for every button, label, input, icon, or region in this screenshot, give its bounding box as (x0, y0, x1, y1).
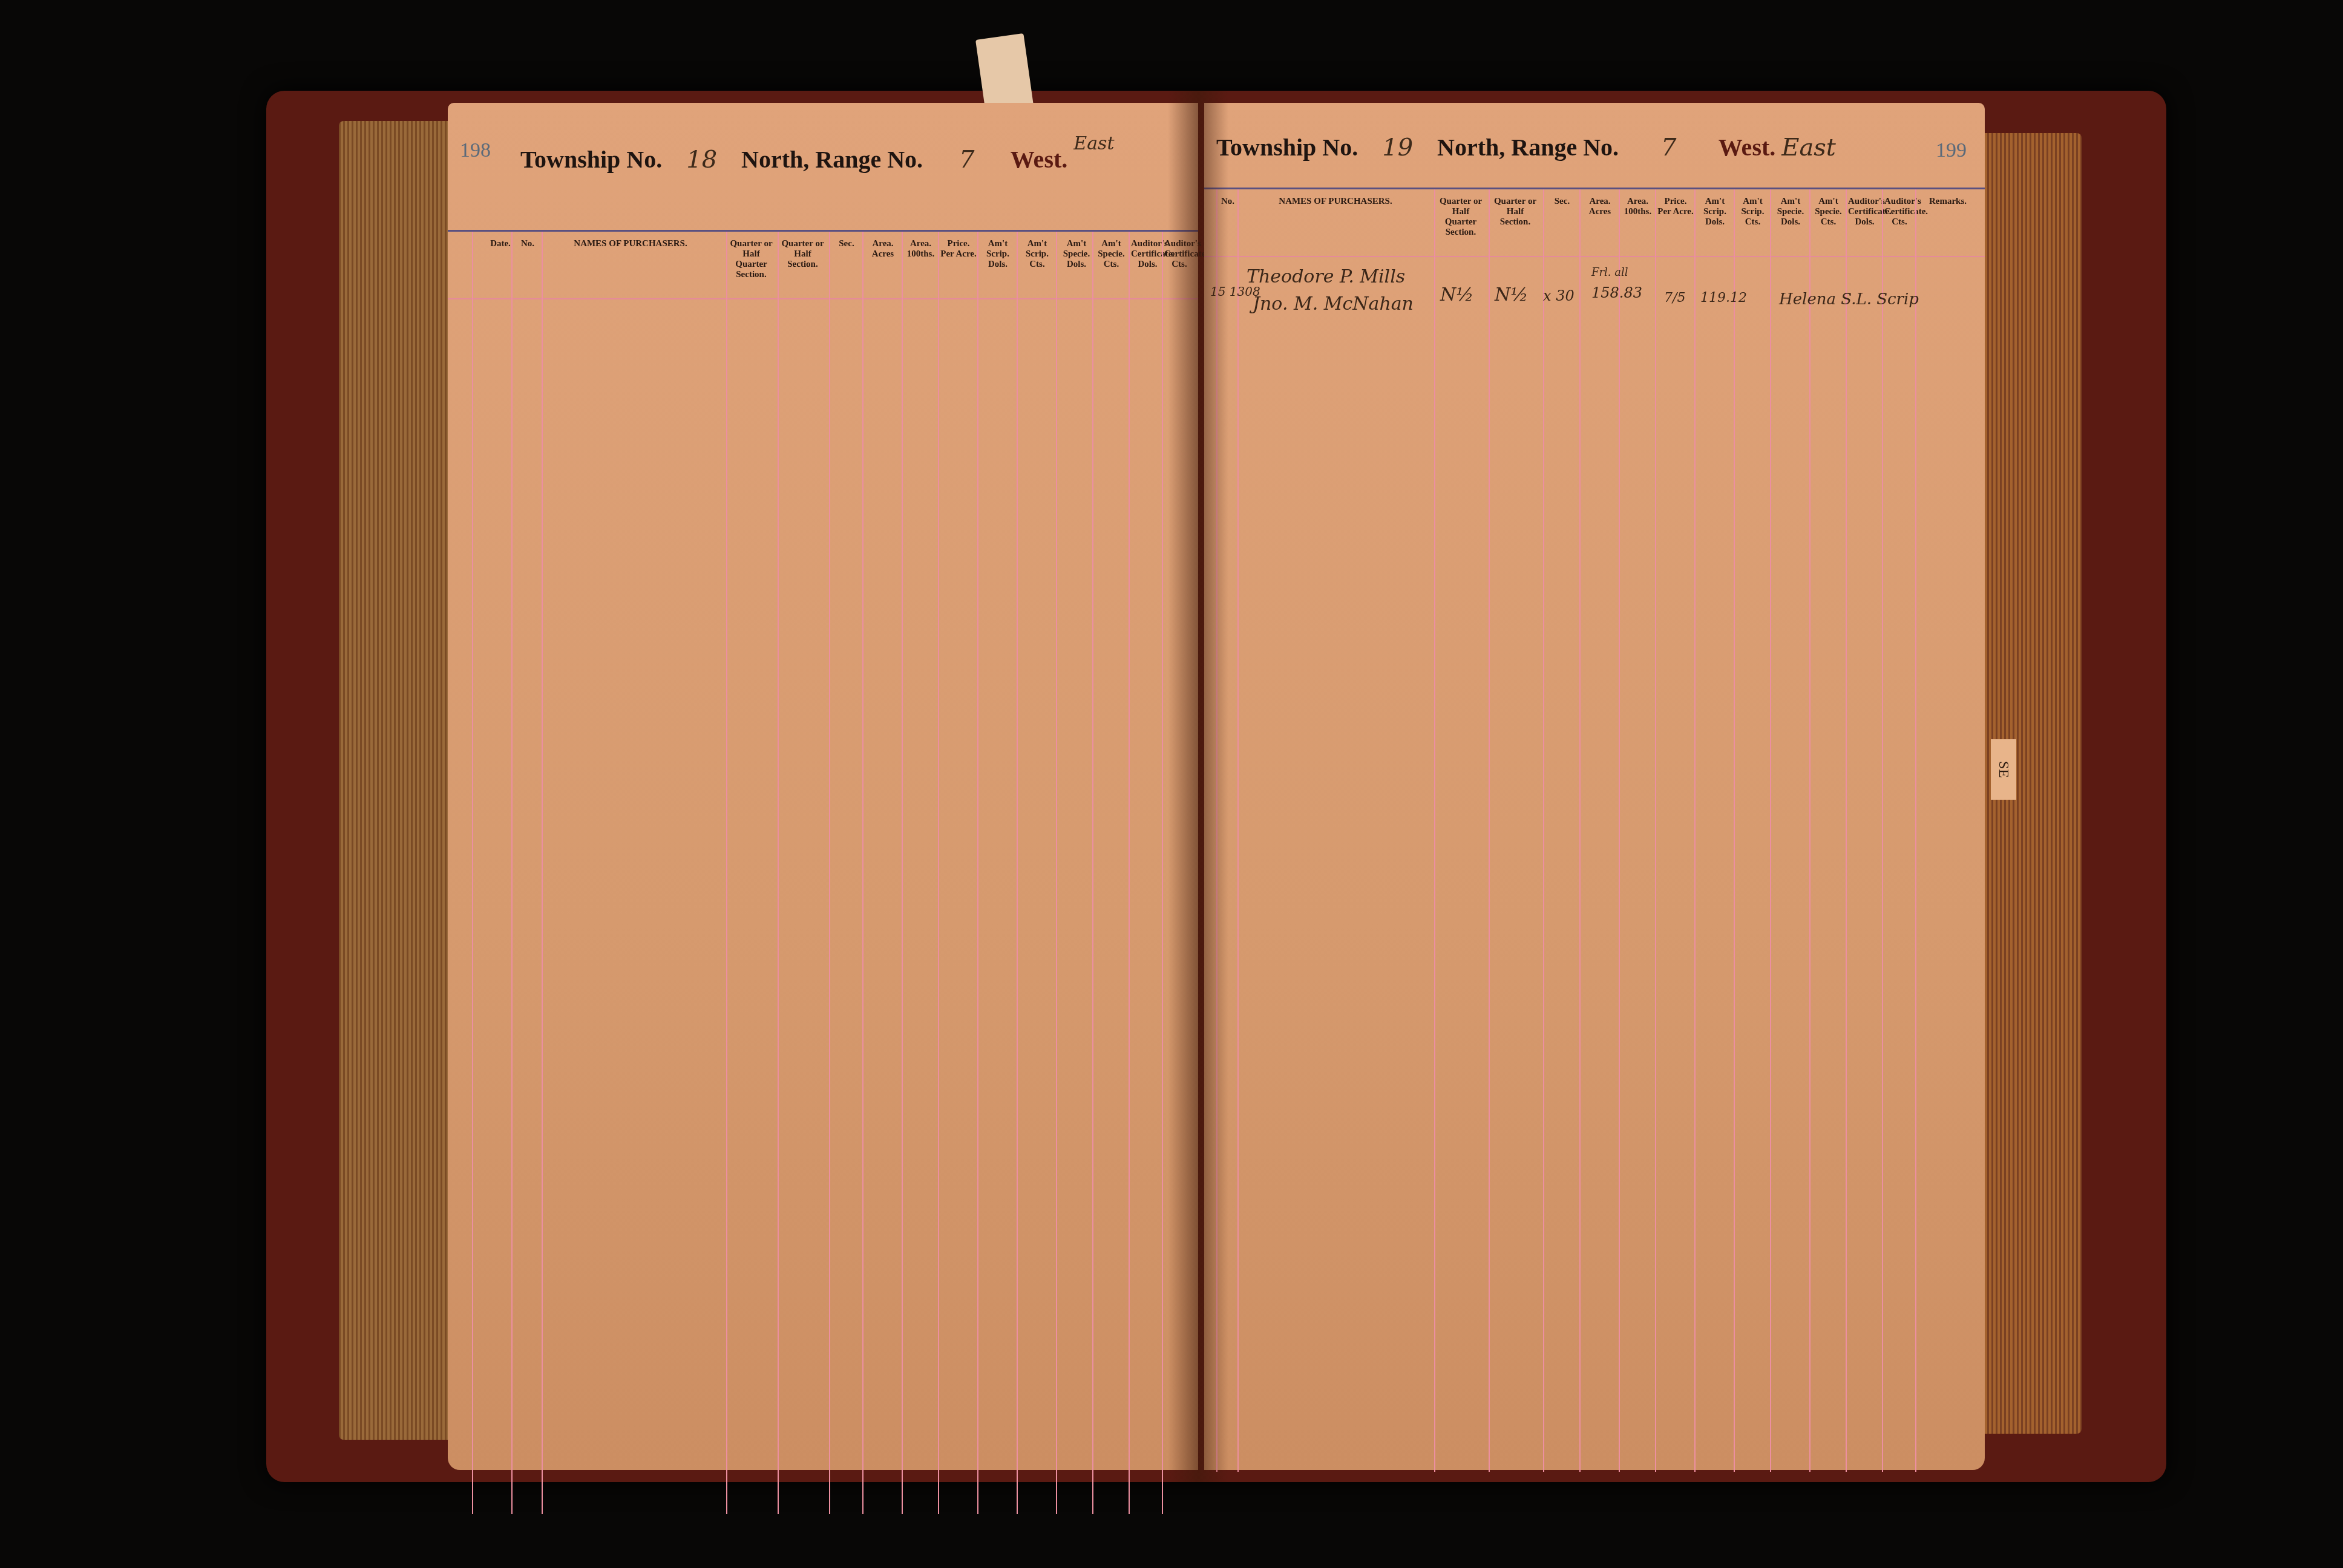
col-price: Price. Per Acre. (1657, 197, 1694, 217)
bookmark-ribbon (975, 33, 1034, 112)
entry-price: 7/5 (1664, 290, 1685, 305)
page-number: 199 (1936, 139, 1967, 162)
township-label: Township No. (1216, 134, 1358, 161)
entry-purchaser-2: Jno. M. McNahan (1253, 293, 1414, 315)
col-scrip-dols: Am't Scrip. Dols. (980, 239, 1016, 270)
entry-purchaser-1: Theodore P. Mills (1247, 266, 1405, 287)
col-specie-dols: Am't Specie. Dols. (1772, 197, 1809, 227)
entry-amount: 119.12 (1700, 290, 1747, 305)
col-specie-cts: Am't Specie. Cts. (1812, 197, 1845, 227)
col-remarks: Remarks. (1918, 197, 1978, 207)
col-price: Price. Per Acre. (940, 239, 977, 260)
entry-area: 158.83 (1591, 284, 1642, 301)
entry-quarter: N½ (1440, 284, 1473, 305)
left-page: 198 Township No. 18 North, Range No. 7 W… (448, 103, 1198, 1470)
range-value: 7 (959, 146, 974, 174)
range-label: North, Range No. (1437, 134, 1619, 161)
page-number: 198 (460, 139, 491, 162)
page-title: Township No. 18 North, Range No. 7 West.… (520, 145, 1115, 174)
entry-half: N½ (1495, 284, 1528, 305)
range-value: 7 (1661, 134, 1676, 162)
col-names: NAMES OF PURCHASERS. (1245, 197, 1426, 207)
col-scrip-cts: Am't Scrip. Cts. (1736, 197, 1769, 227)
range-label: North, Range No. (741, 146, 923, 173)
col-quarter: Quarter or Half Quarter Section. (729, 239, 774, 280)
col-area-acres: Area. Acres (865, 239, 901, 260)
col-scrip-cts: Am't Scrip. Cts. (1019, 239, 1055, 270)
right-page: 199 Township No. 19 North, Range No. 7 W… (1204, 103, 1985, 1470)
township-value: 19 (1382, 134, 1413, 162)
col-area-acres: Area. Acres (1582, 197, 1618, 217)
column-header-row: No. NAMES OF PURCHASERS. Quarter or Half… (1204, 188, 1985, 257)
direction-printed: West. (1011, 146, 1067, 173)
col-half: Quarter or Half Section. (780, 239, 825, 270)
township-label: Township No. (520, 146, 662, 173)
col-area-100ths: Area. 100ths. (1621, 197, 1654, 217)
col-specie-dols: Am't Specie. Dols. (1058, 239, 1095, 270)
direction-handwritten: East (1073, 133, 1114, 154)
col-specie-cts: Am't Specie. Cts. (1095, 239, 1128, 270)
entry-remarks: Helena S.L. Scrip (1779, 290, 1919, 309)
col-auditor-dols: Auditor's Certificate. Dols. (1848, 197, 1881, 227)
book-spine (1168, 91, 1228, 1482)
page-edges-left (339, 121, 466, 1440)
entry-sec: x 30 (1543, 287, 1575, 304)
direction-handwritten: East (1781, 134, 1836, 162)
township-value: 18 (686, 146, 717, 174)
col-sec: Sec. (1545, 197, 1579, 207)
col-sec: Sec. (831, 239, 862, 249)
page-title: Township No. 19 North, Range No. 7 West.… (1216, 133, 1836, 162)
column-header-row: Date. No. NAMES OF PURCHASERS. Quarter o… (448, 230, 1198, 299)
col-scrip-dols: Am't Scrip. Dols. (1697, 197, 1733, 227)
col-half: Quarter or Half Section. (1491, 197, 1539, 227)
col-auditor-cts: Auditor's Certificate. Cts. (1884, 197, 1915, 227)
entry-area-note: Frl. all (1591, 266, 1628, 279)
col-quarter: Quarter or Half Quarter Section. (1437, 197, 1485, 238)
col-area-100ths: Area. 100ths. (904, 239, 937, 260)
edge-tab: SE (1991, 739, 2016, 800)
col-auditor-dols: Auditor's Certificate. Dols. (1131, 239, 1164, 270)
col-no: No. (516, 239, 540, 249)
col-names: NAMES OF PURCHASERS. (549, 239, 712, 249)
direction-printed: West. (1719, 134, 1775, 161)
